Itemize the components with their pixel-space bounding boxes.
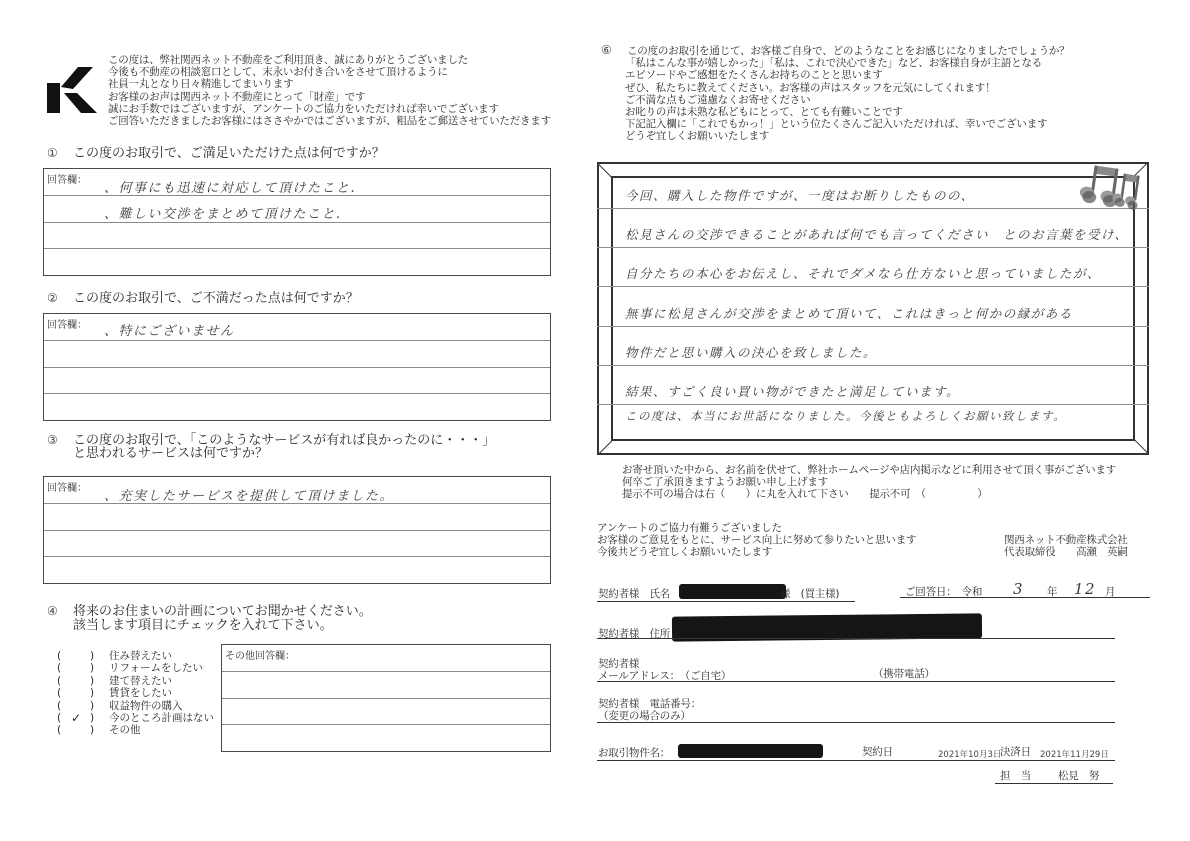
phone-label: 契約者様 電話番号： （変更の場合のみ）	[598, 698, 701, 722]
plan-option-label: その他	[109, 724, 141, 736]
thanks-text: アンケートのご協力有難うございました お客様のご意見をもとに、サービス向上に努め…	[597, 522, 916, 559]
name-redacted	[679, 584, 786, 599]
publish-refusal-field[interactable]: 提示不可の場合は右（ ）に丸を入れて下さい 提示不可 （ ）	[622, 488, 1116, 500]
company-signature: 関西ネット不動産株式会社 代表取締役 高瀬 英嗣	[1004, 534, 1128, 558]
plan-option-label: 今のところ計画はない	[109, 712, 214, 724]
contract-date: 2021年10月3日	[938, 748, 1001, 760]
question-2-answer-box[interactable]: 回答欄： 、特にございません	[43, 313, 551, 421]
reply-date-field[interactable]	[900, 597, 1150, 598]
music-notes-icon	[1078, 162, 1144, 210]
reply-year: 3	[1013, 580, 1024, 598]
settlement-date-label: 決済日	[1000, 746, 1031, 758]
plan-option-label: 収益物件の購入	[109, 700, 183, 712]
mobile-label: （携帯電話）	[873, 668, 935, 680]
question-6-answer-line: 物件だと思い購入の決心を致しました。	[625, 343, 877, 361]
question-4-title: ④将来のお住まいの計画についてお聞かせください。 該当します項目にチェックを入れ…	[47, 604, 372, 633]
phone-field[interactable]	[597, 722, 1115, 723]
contract-date-label: 契約日	[862, 746, 893, 758]
plan-option-label: リフォームをしたい	[109, 662, 203, 674]
question-6-intro: ⑥この度のお取引を通じて、お客様ご自身で、どのようなことをお感じになりましたでし…	[601, 44, 1069, 143]
email-field[interactable]	[597, 681, 1115, 682]
name-label: 契約者様 氏名	[598, 588, 670, 600]
name-field[interactable]	[597, 601, 855, 602]
question-6-answer-line: 自分たちの本心をお伝えし、それでダメなら仕方ないと思っていましたが、	[625, 264, 1101, 282]
company-logo-icon	[47, 67, 97, 113]
staff-underline	[995, 783, 1113, 784]
intro-text: この度は、弊社関西ネット不動産をご利用頂き、誠にありがとうございました 今後も不…	[108, 54, 551, 127]
question-6-answer-line: 無事に松見さんが交渉をまとめて頂いて、これはきっと何かの縁がある	[625, 304, 1073, 322]
reply-month: 12	[1074, 580, 1096, 598]
question-2-title: ②この度のお取引で、ご不満だった点は何ですか？	[47, 291, 359, 306]
checkbox-mark[interactable]: ✓	[71, 712, 81, 724]
email-label: 契約者様 メールアドレス： （ご自宅）	[598, 658, 731, 682]
staff-label: 担 当	[1000, 770, 1031, 782]
property-label: お取引物件名：	[598, 747, 670, 759]
question-3-answer-line: 、充実したサービスを提供して頂けました。	[104, 485, 394, 504]
settlement-date: 2021年11月29日	[1040, 748, 1109, 760]
answer-label: 回答欄：	[47, 316, 87, 331]
question-6-answer-line: この度は、本当にお世話になりました。今後ともよろしくお願い致します。	[625, 408, 1066, 424]
question-1-answer-box[interactable]: 回答欄： 、何事にも迅速に対応して頂けたこと. 、難しい交渉をまとめて頂けたこと…	[43, 168, 551, 276]
question-6-answer-line: 結果、すごく良い買い物ができたと満足しています。	[625, 382, 960, 400]
other-answer-label: その他回答欄：	[225, 647, 295, 662]
staff-name: 松見 努	[1058, 770, 1099, 782]
question-3-title: ③この度のお取引で、「このようなサービスが有れば良かったのに・・・」 と思われる…	[47, 433, 495, 461]
question-1-answer-line: 、難しい交渉をまとめて頂けたこと.	[104, 203, 342, 222]
question-3-answer-box[interactable]: 回答欄： 、充実したサービスを提供して頂けました。	[43, 476, 551, 584]
answer-label: 回答欄：	[47, 479, 87, 494]
question-6-answer-line: 今回、購入した物件ですが、一度はお断りしたものの、	[625, 186, 975, 204]
name-suffix: 様 (買主様)	[780, 588, 839, 600]
question-2-answer-line: 、特にございません	[104, 320, 235, 339]
plan-option-label: 建て替えたい	[109, 675, 172, 687]
plan-option-label: 賃貸をしたい	[109, 687, 172, 699]
property-redacted	[678, 744, 823, 758]
question-6-answer-line: 松見さんの交渉できることがあれば何でも言ってください とのお言葉を受け、	[625, 225, 1129, 243]
answer-label: 回答欄：	[47, 171, 87, 186]
address-field[interactable]	[597, 638, 1115, 639]
question-1-answer-line: 、何事にも迅速に対応して頂けたこと.	[104, 177, 356, 196]
plan-option-label: 住み替えたい	[109, 650, 172, 662]
consent-text: お寄せ頂いた中から、お名前を伏せて、弊社ホームページや店内掲示などに利用させて頂…	[622, 464, 1116, 501]
other-answer-box[interactable]: その他回答欄：	[221, 644, 551, 752]
property-field[interactable]	[597, 760, 1115, 761]
question-1-title: ①この度のお取引で、ご満足いただけた点は何ですか？	[47, 146, 385, 161]
